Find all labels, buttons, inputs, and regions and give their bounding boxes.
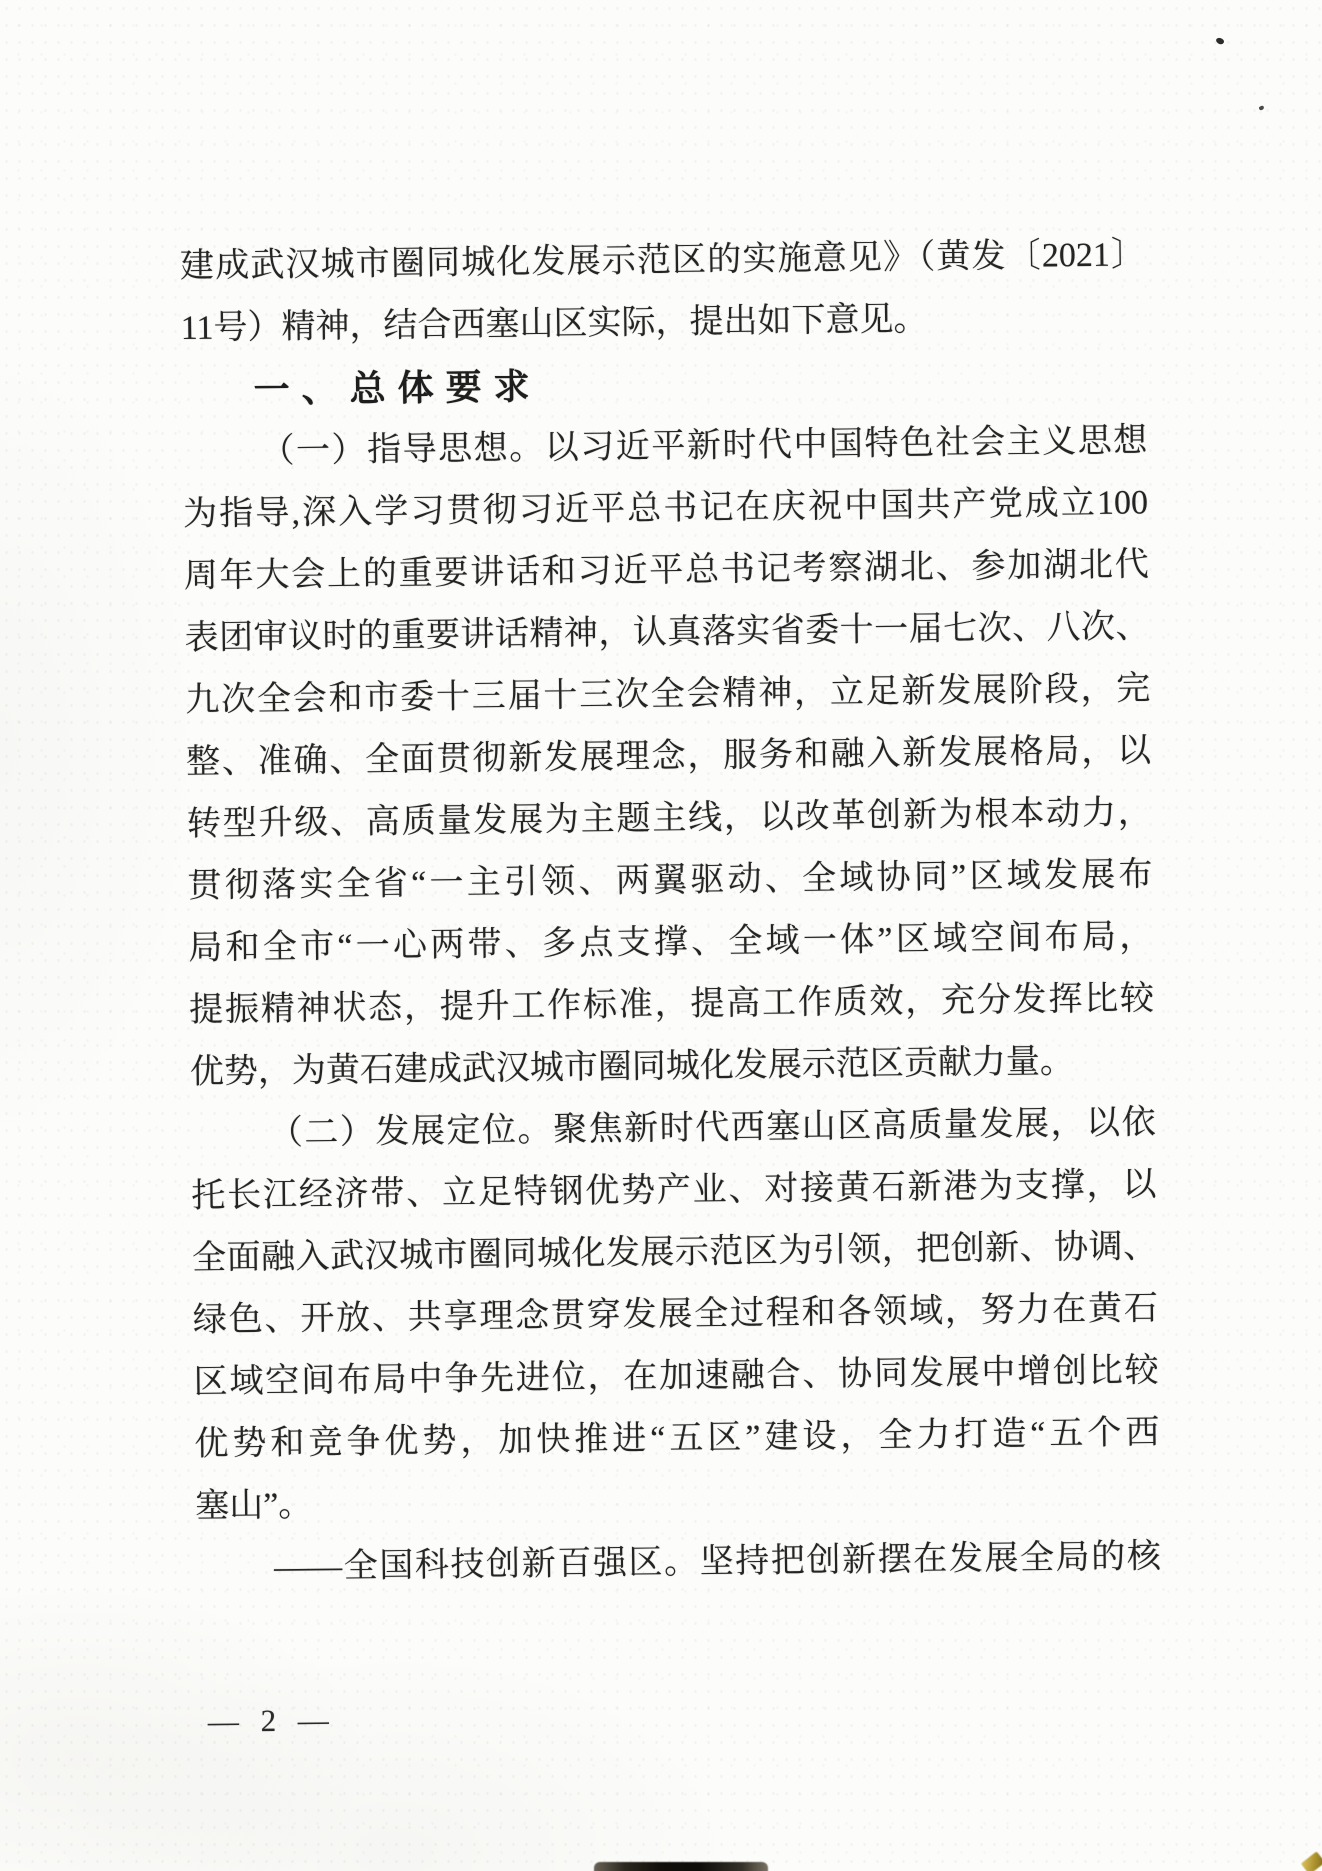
section-heading: 一、总体要求 [181, 348, 1147, 422]
text-line: 贯彻落实全省“一主引领、两翼驱动、全域协同”区域发展布 [187, 844, 1153, 918]
text-line: 优势和竞争优势，加快推进“五区”建设，全力打造“五个西 [194, 1402, 1160, 1476]
dust-speck [1258, 105, 1264, 110]
scan-smudge [594, 1862, 768, 1871]
dust-speck [1215, 36, 1225, 46]
text-line: 托长江经济带、立足特钢优势产业、对接黄石新港为支撑，以 [191, 1154, 1157, 1228]
text-line: 提振精神状态，提升工作标准，提高工作质效，充分发挥比较 [189, 968, 1155, 1042]
document-text: 建成武汉城市圈同城化发展示范区的实施意见》（黄发〔2021〕11号）精神，结合西… [180, 224, 1162, 1600]
text-line: 优势，为黄石建成武汉城市圈同城化发展示范区贡献力量。 [190, 1030, 1156, 1104]
text-line: 九次全会和市委十三届十三次全会精神，立足新发展阶段，完 [185, 658, 1151, 732]
text-line: 局和全市“一心两带、多点支撑、全域一体”区域空间布局， [188, 906, 1154, 980]
text-line: 转型升级、高质量发展为主题主线，以改革创新为根本动力， [186, 782, 1152, 856]
page-number: — 2 — [208, 1702, 336, 1740]
text-line: 周年大会上的重要讲话和习近平总书记考察湖北、参加湖北代 [183, 534, 1149, 608]
text-line: （二）发展定位。聚焦新时代西塞山区高质量发展，以依 [190, 1092, 1156, 1166]
text-line: 表团审议时的重要讲话精神，认真落实省委十一届七次、八次、 [184, 596, 1150, 670]
text-line: 整、准确、全面贯彻新发展理念，服务和融入新发展格局，以 [186, 720, 1152, 794]
document-page: 建成武汉城市圈同城化发展示范区的实施意见》（黄发〔2021〕11号）精神，结合西… [0, 0, 1322, 1871]
text-line: ——全国科技创新百强区。坚持把创新摆在发展全局的核 [196, 1526, 1162, 1600]
scan-content: 建成武汉城市圈同城化发展示范区的实施意见》（黄发〔2021〕11号）精神，结合西… [180, 224, 1162, 1600]
text-line: 绿色、开放、共享理念贯穿发展全过程和各领域，努力在黄石 [193, 1278, 1159, 1352]
text-line: 11号）精神，结合西塞山区实际，提出如下意见。 [180, 286, 1146, 360]
text-line: 塞山”。 [195, 1464, 1161, 1538]
scan-corner-mark [1301, 1851, 1322, 1871]
text-line: 全面融入武汉城市圈同城化发展示范区为引领，把创新、协调、 [192, 1216, 1158, 1290]
text-line: （一）指导思想。以习近平新时代中国特色社会主义思想 [182, 410, 1148, 484]
text-line: 为指导,深入学习贯彻习近平总书记在庆祝中国共产党成立100 [183, 472, 1149, 546]
text-line: 区域空间布局中争先进位，在加速融合、协同发展中增创比较 [193, 1340, 1159, 1414]
text-line: 建成武汉城市圈同城化发展示范区的实施意见》（黄发〔2021〕 [180, 224, 1146, 298]
